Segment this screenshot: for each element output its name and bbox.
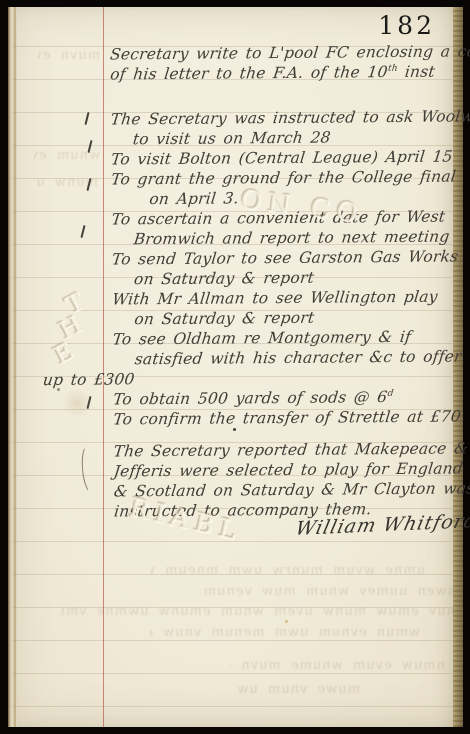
margin-bracket-mark bbox=[80, 443, 101, 494]
text-segment: To obtain 500 yards of sods @ 6 bbox=[112, 388, 388, 408]
page-number: 182 bbox=[378, 11, 435, 40]
bleedthrough-line: munw u bbox=[31, 175, 99, 191]
page-gutter-edge bbox=[8, 7, 17, 727]
text-segment: of his letter to the F.A. of the 10 bbox=[109, 63, 388, 83]
emboss-letter-fragment: E bbox=[49, 334, 83, 370]
bleedthrough-line: nuv emuw munw uvem wnum emunw uwmne vmu … bbox=[59, 604, 456, 620]
handwritten-line: To confirm the transfer of Strettle at £… bbox=[112, 406, 466, 429]
ruled-line bbox=[12, 706, 455, 707]
margin-tick-mark bbox=[80, 225, 85, 238]
bleedthrough-line: wnum ev bbox=[33, 148, 101, 164]
paper-stain bbox=[62, 388, 92, 418]
bleedthrough-line: umne wvum munrw uwm mneum wnum revm uum bbox=[149, 563, 426, 579]
text-segment: inst bbox=[396, 63, 436, 81]
minute-book-page: 182 Secretary write to L'pool FC enclosi… bbox=[8, 7, 463, 727]
handwritten-content: Secretary write to L'pool FC enclosing a… bbox=[101, 41, 465, 542]
paper-speck bbox=[285, 620, 288, 623]
bleedthrough-line: mwen uumev wnum muw venum uwme num bbox=[199, 584, 461, 600]
bleedthrough-line: muwe vnum uwm bbox=[234, 682, 361, 698]
bleedthrough-line: nmuw evum wnume muvn ewmu bbox=[229, 658, 446, 674]
paragraph-resolutions: The Secretary was instructed to ask Wool… bbox=[101, 106, 464, 429]
paragraph-note-letter-to-lpool: Secretary write to L'pool FC enclosing a… bbox=[101, 41, 461, 84]
bleedthrough-line: muvn ew bbox=[37, 48, 101, 64]
dot-mark bbox=[57, 388, 60, 391]
bleedthrough-line: wmun evnum uwm menum vnuw emum wun bbox=[149, 625, 421, 641]
handwritten-line: of his letter to the F.A. of the 10th in… bbox=[109, 61, 463, 84]
superscript: d bbox=[387, 389, 394, 399]
dot-mark bbox=[233, 428, 236, 431]
margin-tick-mark bbox=[84, 112, 89, 125]
